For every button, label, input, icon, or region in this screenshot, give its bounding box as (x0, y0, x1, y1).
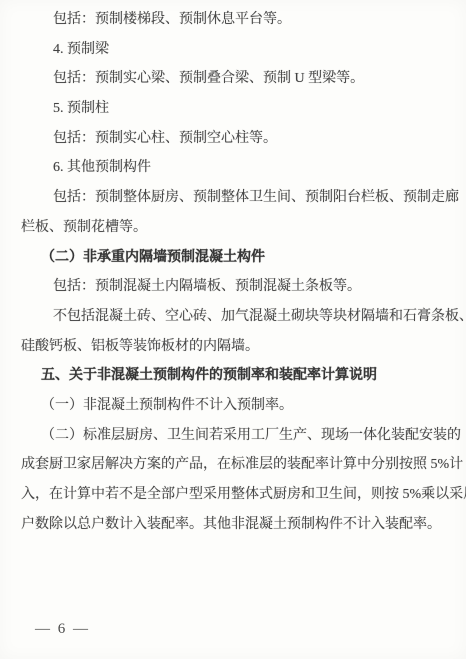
document-body: 包括：预制楼梯段、预制休息平台等。4. 预制梁包括：预制实心梁、预制叠合梁、预制… (0, 5, 466, 539)
text-line: 包括：预制整体厨房、预制整体卫生间、预制阳台栏板、预制走廊 (0, 183, 466, 213)
text-line: （一）非混凝土预制构件不计入预制率。 (0, 391, 466, 421)
text-line: 4. 预制梁 (0, 35, 466, 65)
text-line: 成套厨卫家居解决方案的产品，在标准层的装配率计算中分别按照 5%计 (0, 450, 466, 480)
text-line: 6. 其他预制构件 (0, 153, 466, 183)
text-line: 硅酸钙板、铝板等装饰板材的内隔墙。 (0, 332, 466, 362)
text-line: 栏板、预制花槽等。 (0, 213, 466, 243)
text-line: 户数除以总户数计入装配率。其他非混凝土预制构件不计入装配率。 (0, 510, 466, 540)
text-line: 5. 预制柱 (0, 94, 466, 124)
text-line: 包括：预制楼梯段、预制休息平台等。 (0, 5, 466, 35)
heading-line: （二）非承重内隔墙预制混凝土构件 (0, 243, 466, 273)
page-number: — 6 — (35, 621, 90, 638)
text-line: （二）标准层厨房、卫生间若采用工厂生产、现场一体化装配安装的 (0, 421, 466, 451)
text-line: 包括：预制实心柱、预制空心柱等。 (0, 124, 466, 154)
text-line: 包括：预制混凝土内隔墙板、预制混凝土条板等。 (0, 272, 466, 302)
text-line: 入，在计算中若不是全部户型采用整体式厨房和卫生间，则按 5%乘以采用 (0, 480, 466, 510)
heading-line: 五、关于非混凝土预制构件的预制率和装配率计算说明 (0, 361, 466, 391)
text-line: 包括：预制实心梁、预制叠合梁、预制 U 型梁等。 (0, 64, 466, 94)
document-page: 包括：预制楼梯段、预制休息平台等。4. 预制梁包括：预制实心梁、预制叠合梁、预制… (0, 0, 466, 659)
text-line: 不包括混凝土砖、空心砖、加气混凝土砌块等块材隔墙和石膏条板、 (0, 302, 466, 332)
